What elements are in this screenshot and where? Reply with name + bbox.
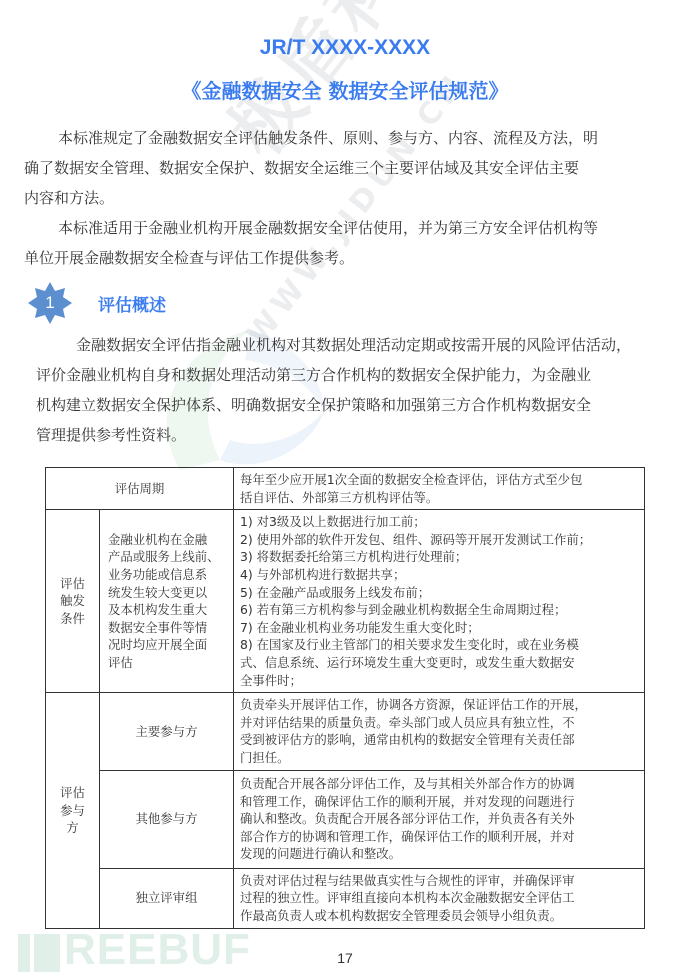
text-line: 管理提供参考性资料。 — [36, 420, 686, 450]
role-label: 主要参与方 — [100, 693, 234, 770]
list-item: 8) 在国家及行业主管部门的相关要求发生变化时，或在业务模 — [240, 636, 638, 654]
table-row-other-party: 其他参与方 负责配合开展各部分评估工作，及与其相关外部合作方的协调 和管理工作，… — [46, 770, 645, 868]
list-item: 式、信息系统、运行环境发生重大变更时，或发生重大数据安 — [240, 654, 638, 672]
list-item: 1) 对3级及以上数据进行加工前； — [240, 513, 638, 531]
trigger-items: 1) 对3级及以上数据进行加工前； 2) 使用外部的软件开发包、组件、源码等开展… — [234, 510, 645, 693]
cycle-label: 评估周期 — [46, 468, 234, 510]
section-title: 评估概述 — [98, 291, 166, 316]
text-line: 本标准规定了金融数据安全评估触发条件、原则、参与方、内容、流程及方法，明 — [24, 123, 674, 153]
intro-paragraph-1: 本标准规定了金融数据安全评估触发条件、原则、参与方、内容、流程及方法，明 确了数… — [24, 123, 674, 213]
text-line: 内容和方法。 — [24, 183, 674, 213]
text-line: 金融数据安全评估指金融业机构对其数据处理活动定期或按需开展的风险评估活动， — [36, 330, 686, 360]
text-line: 本标准适用于金融业机构开展金融数据安全评估使用，并为第三方安全评估机构等 — [24, 213, 674, 243]
section-body: 金融数据安全评估指金融业机构对其数据处理活动定期或按需开展的风险评估活动， 评价… — [36, 330, 686, 450]
role-description: 负责对评估过程与结果做真实性与合规性的评审，并确保评审 过程的独立性。评审组直接… — [234, 868, 645, 928]
section-number: 1 — [28, 282, 72, 324]
text-line: 确了数据安全管理、数据安全保护、数据安全运维三个主要评估域及其安全评估主要 — [24, 153, 674, 183]
section-number-badge: 1 — [28, 282, 72, 324]
participants-group-label: 评估 参与 方 — [46, 693, 100, 928]
list-item: 7) 在金融业机构业务功能发生重大变化时； — [240, 619, 638, 637]
trigger-group-label: 评估 触发 条件 — [46, 510, 100, 693]
list-item: 2) 使用外部的软件开发包、组件、源码等开展开发测试工作前； — [240, 531, 638, 549]
assessment-table: 评估周期 每年至少应开展1次全面的数据安全检查评估，评估方式至少包 括自评估、外… — [45, 467, 645, 929]
text-line: 机构建立数据安全保护体系、明确数据安全保护策略和加强第三方合作机构数据安全 — [36, 390, 686, 420]
section-heading: 1 评估概述 — [28, 282, 166, 324]
trigger-condition: 金融业机构在金融 产品或服务上线前、 业务功能或信息系 统发生较大变更以 及本机… — [100, 510, 234, 693]
table-row-trigger: 评估 触发 条件 金融业机构在金融 产品或服务上线前、 业务功能或信息系 统发生… — [46, 510, 645, 693]
role-description: 负责配合开展各部分评估工作，及与其相关外部合作方的协调 和管理工作，确保评估工作… — [234, 770, 645, 868]
document-code: JR/T XXXX-XXXX — [0, 36, 690, 60]
page-number: 17 — [0, 950, 690, 966]
list-item: 6) 若有第三方机构参与到金融业机构数据全生命周期过程； — [240, 601, 638, 619]
list-item: 3) 将数据委托给第三方机构进行处理前； — [240, 548, 638, 566]
role-description: 负责牵头开展评估工作，协调各方资源，保证评估工作的开展， 并对评估结果的质量负责… — [234, 693, 645, 770]
table-row-review-group: 独立评审组 负责对评估过程与结果做真实性与合规性的评审，并确保评审 过程的独立性… — [46, 868, 645, 928]
intro-paragraph-2: 本标准适用于金融业机构开展金融数据安全评估使用，并为第三方安全评估机构等 单位开… — [24, 213, 674, 273]
text-line: 评价金融业机构自身和数据处理活动第三方合作机构的数据安全保护能力，为金融业 — [36, 360, 686, 390]
role-label: 独立评审组 — [100, 868, 234, 928]
text-line: 单位开展金融数据安全检查与评估工作提供参考。 — [24, 243, 674, 273]
table-row-main-party: 评估 参与 方 主要参与方 负责牵头开展评估工作，协调各方资源，保证评估工作的开… — [46, 693, 645, 770]
document-title: 《金融数据安全 数据安全评估规范》 — [0, 75, 690, 104]
list-item: 全事件时； — [240, 672, 638, 690]
cycle-description: 每年至少应开展1次全面的数据安全检查评估，评估方式至少包 括自评估、外部第三方机… — [234, 468, 645, 510]
list-item: 4) 与外部机构进行数据共享； — [240, 566, 638, 584]
list-item: 5) 在金融产品或服务上线发布前； — [240, 584, 638, 602]
table-row-cycle: 评估周期 每年至少应开展1次全面的数据安全检查评估，评估方式至少包 括自评估、外… — [46, 468, 645, 510]
role-label: 其他参与方 — [100, 770, 234, 868]
